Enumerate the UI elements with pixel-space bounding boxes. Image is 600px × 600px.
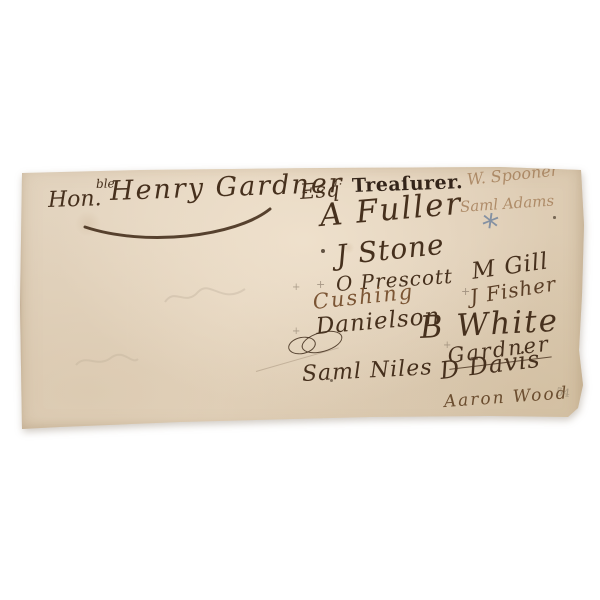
signature-wood: Aaron Wood — [443, 385, 569, 411]
blue-pencil-star-mark: * — [480, 216, 500, 239]
ink-speck — [321, 249, 325, 253]
signature-niles: Saml Niles — [301, 357, 433, 386]
plus-mark: + — [461, 286, 470, 297]
plus-mark: + — [292, 283, 300, 293]
address-title-superscript: r. — [334, 174, 343, 187]
signature-spooner: W. Spooner — [466, 162, 559, 187]
plus-mark: + — [316, 279, 325, 290]
ink-speck — [553, 216, 556, 219]
collection-number: 54 — [555, 386, 570, 399]
plus-mark: + — [292, 327, 300, 337]
ink-speck — [330, 379, 333, 382]
signature-fuller: A Fuller — [319, 189, 464, 232]
pencil-smudge — [72, 345, 142, 375]
document-photo: Hon. ble Henry Gardner Esq r. Treaſurer.… — [0, 0, 600, 600]
manuscript-paper: Hon. ble Henry Gardner Esq r. Treaſurer.… — [20, 165, 586, 432]
address-underline-flourish — [75, 205, 275, 245]
signature-adams: Saml Adams — [459, 193, 554, 215]
signature-stone: J Stone — [335, 231, 446, 270]
pencil-smudge — [160, 277, 250, 317]
plus-mark: + — [443, 341, 451, 351]
manuscript-paper-wrap: Hon. ble Henry Gardner Esq r. Treaſurer.… — [20, 165, 586, 432]
